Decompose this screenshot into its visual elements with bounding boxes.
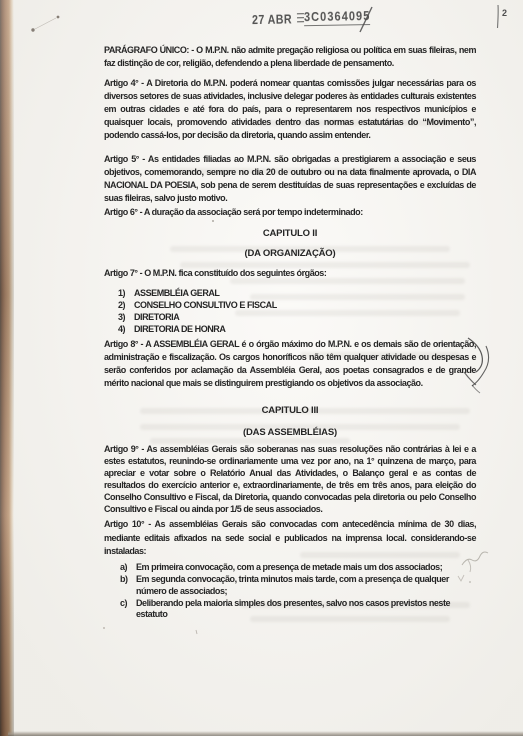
heading-capitulo-2-subtitle: (DA ORGANIZAÇÃO) bbox=[104, 247, 476, 260]
ink-speck bbox=[212, 220, 214, 222]
list-item-marker: a) bbox=[120, 562, 127, 574]
paragraph-artigo-9: Artigo 9° - As assembléias Gerais são so… bbox=[104, 443, 476, 515]
list-item-text: DIRETORIA bbox=[134, 312, 179, 322]
heading-capitulo-3: CAPITULO III bbox=[104, 404, 476, 417]
ink-speck bbox=[57, 16, 60, 19]
list-item-marker: c) bbox=[120, 598, 127, 610]
paragraph-artigo-7: Artigo 7° - O M.P.N. fica constituído do… bbox=[104, 267, 476, 280]
ink-speck bbox=[103, 627, 105, 629]
orgaos-list: 1) ASSEMBLÉIA GERAL 2) CONSELHO CONSULTI… bbox=[104, 287, 476, 335]
list-item-marker: 3) bbox=[118, 311, 125, 323]
stamp-date: 27 ABR bbox=[252, 11, 292, 27]
protocol-date-stamp: 27 ABR 3C0364095 bbox=[252, 9, 379, 27]
paragraph-artigo-10: Artigo 10° - As assembléias Gerais são c… bbox=[104, 518, 476, 559]
list-item-text: CONSELHO CONSULTIVO E FISCAL bbox=[134, 300, 277, 310]
scanned-document-page: { "scan": { "page_number": "2", "stamp":… bbox=[0, 0, 523, 736]
list-item: 2) CONSELHO CONSULTIVO E FISCAL bbox=[104, 299, 476, 311]
list-item: 3) DIRETORIA bbox=[104, 311, 476, 323]
page-number: 2 bbox=[502, 8, 507, 18]
list-item-text: DIRETORIA DE HONRA bbox=[134, 324, 225, 334]
paragraph-artigo-5: Artigo 5° - As entidades filiadas ao M.P… bbox=[104, 153, 476, 205]
list-item-marker: b) bbox=[120, 574, 128, 586]
list-item: 4) DIRETORIA DE HONRA bbox=[104, 323, 476, 335]
paragraph-paragrafo-unico: PARÁGRAFO ÚNICO: - O M.P.N. não admite p… bbox=[104, 44, 476, 70]
faint-scratch bbox=[35, 18, 56, 29]
stamp-rotated-year-glyph bbox=[297, 12, 304, 25]
ink-speck bbox=[31, 28, 34, 31]
list-item-text: Em primeira convocação, com a presença d… bbox=[136, 562, 442, 572]
heading-capitulo-2: CAPITULO II bbox=[104, 227, 476, 240]
heading-capitulo-3-subtitle: (DAS ASSEMBLÉIAS) bbox=[104, 426, 476, 439]
list-item-marker: 2) bbox=[118, 299, 125, 311]
list-item-text: Deliberando pela maioria simples dos pre… bbox=[136, 598, 450, 620]
scan-binding-edge bbox=[0, 0, 14, 736]
scan-bottom-edge bbox=[8, 731, 523, 736]
paragraph-artigo-8: Artigo 8° - A ASSEMBLÉIA GERAL é o órgão… bbox=[104, 338, 476, 390]
pen-stroke-page-number bbox=[498, 5, 499, 28]
list-item: 1) ASSEMBLÉIA GERAL bbox=[104, 287, 476, 299]
list-item-text: Em segunda convocação, trinta minutos ma… bbox=[136, 574, 449, 596]
list-item: b) Em segunda convocação, trinta minutos… bbox=[104, 574, 476, 597]
stamp-protocol-number: 3C0364095 bbox=[304, 9, 371, 26]
list-item: a) Em primeira convocação, com a presenç… bbox=[104, 562, 476, 574]
paragraph-artigo-4: Artigo 4° - A Diretoria do M.P.N. poderá… bbox=[104, 77, 476, 142]
instalacao-list: a) Em primeira convocação, com a presenç… bbox=[104, 562, 476, 621]
paragraph-artigo-6: Artigo 6° - A duração da associação será… bbox=[104, 206, 476, 219]
list-item: c) Deliberando pela maioria simples dos … bbox=[104, 598, 476, 621]
list-item-marker: 4) bbox=[118, 323, 125, 335]
list-item-marker: 1) bbox=[118, 287, 125, 299]
list-item-text: ASSEMBLÉIA GERAL bbox=[134, 288, 219, 298]
ink-speck bbox=[196, 630, 197, 634]
